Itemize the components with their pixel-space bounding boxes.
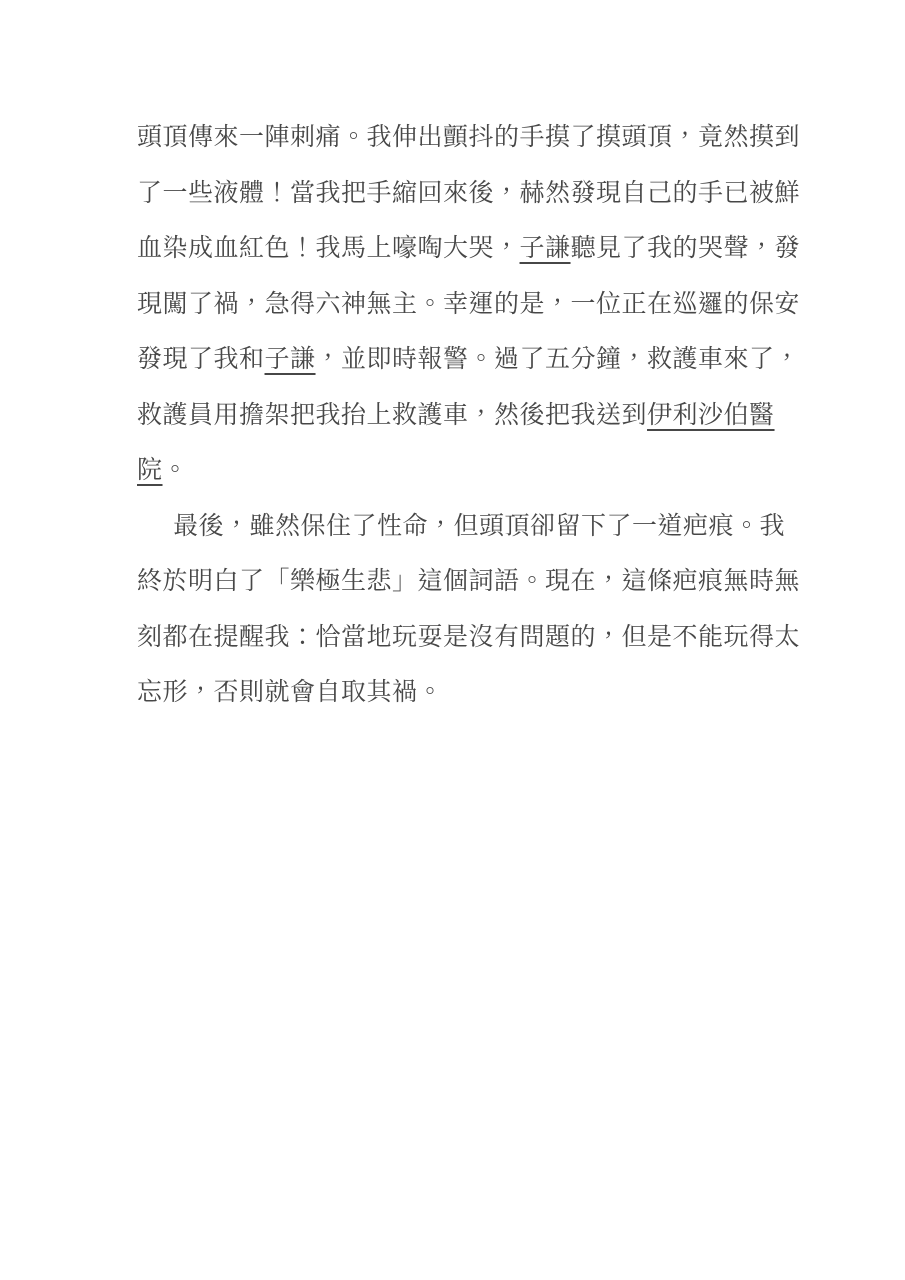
text-segment: 最後，雖然保住了性命，但頭頂卻留下了一道疤痕。我: [173, 512, 785, 540]
text-line: 院。: [137, 443, 775, 499]
text-segment: 忘形，否則就會自取其禍。: [137, 678, 443, 706]
text-segment: 救護員用擔架把我抬上救護車，然後把我送到: [137, 401, 647, 429]
text-segment: 。: [163, 456, 189, 484]
essay-text: 頭頂傳來一陣刺痛。我伸出顫抖的手摸了摸頭頂，竟然摸到了一些液體！當我把手縮回來後…: [137, 110, 775, 721]
text-line: 血染成血紅色！我馬上嚎啕大哭，子謙聽見了我的哭聲，發: [137, 221, 775, 277]
text-line: 頭頂傳來一陣刺痛。我伸出顫抖的手摸了摸頭頂，竟然摸到: [137, 110, 775, 166]
underlined-text: 院: [137, 456, 163, 484]
text-segment: 頭頂傳來一陣刺痛。我伸出顫抖的手摸了摸頭頂，竟然摸到: [137, 123, 800, 151]
underlined-text: 子謙: [520, 234, 571, 262]
text-line: 現闖了禍，急得六神無主。幸運的是，一位正在巡邏的保安: [137, 277, 775, 333]
text-line: 了一些液體！當我把手縮回來後，赫然發現自己的手已被鮮: [137, 166, 775, 222]
document-page: 頭頂傳來一陣刺痛。我伸出顫抖的手摸了摸頭頂，竟然摸到了一些液體！當我把手縮回來後…: [0, 0, 905, 1280]
text-segment: 發現了我和: [137, 345, 265, 373]
text-segment: 終於明白了「樂極生悲」這個詞語。現在，這條疤痕無時無: [137, 567, 800, 595]
text-segment: 了一些液體！當我把手縮回來後，赫然發現自己的手已被鮮: [137, 179, 800, 207]
text-segment: 現闖了禍，急得六神無主。幸運的是，一位正在巡邏的保安: [137, 290, 800, 318]
text-line: 刻都在提醒我：恰當地玩耍是沒有問題的，但是不能玩得太: [137, 610, 775, 666]
text-line: 發現了我和子謙，並即時報警。過了五分鐘，救護車來了，: [137, 332, 775, 388]
text-segment: ，並即時報警。過了五分鐘，救護車來了，: [316, 345, 801, 373]
text-segment: 聽見了我的哭聲，發: [571, 234, 801, 262]
underlined-text: 伊利沙伯醫: [647, 401, 775, 429]
text-line: 最後，雖然保住了性命，但頭頂卻留下了一道疤痕。我: [137, 499, 775, 555]
text-segment: 刻都在提醒我：恰當地玩耍是沒有問題的，但是不能玩得太: [137, 623, 800, 651]
text-line: 忘形，否則就會自取其禍。: [137, 665, 775, 721]
text-line: 終於明白了「樂極生悲」這個詞語。現在，這條疤痕無時無: [137, 554, 775, 610]
underlined-text: 子謙: [265, 345, 316, 373]
text-segment: 血染成血紅色！我馬上嚎啕大哭，: [137, 234, 520, 262]
text-line: 救護員用擔架把我抬上救護車，然後把我送到伊利沙伯醫: [137, 388, 775, 444]
